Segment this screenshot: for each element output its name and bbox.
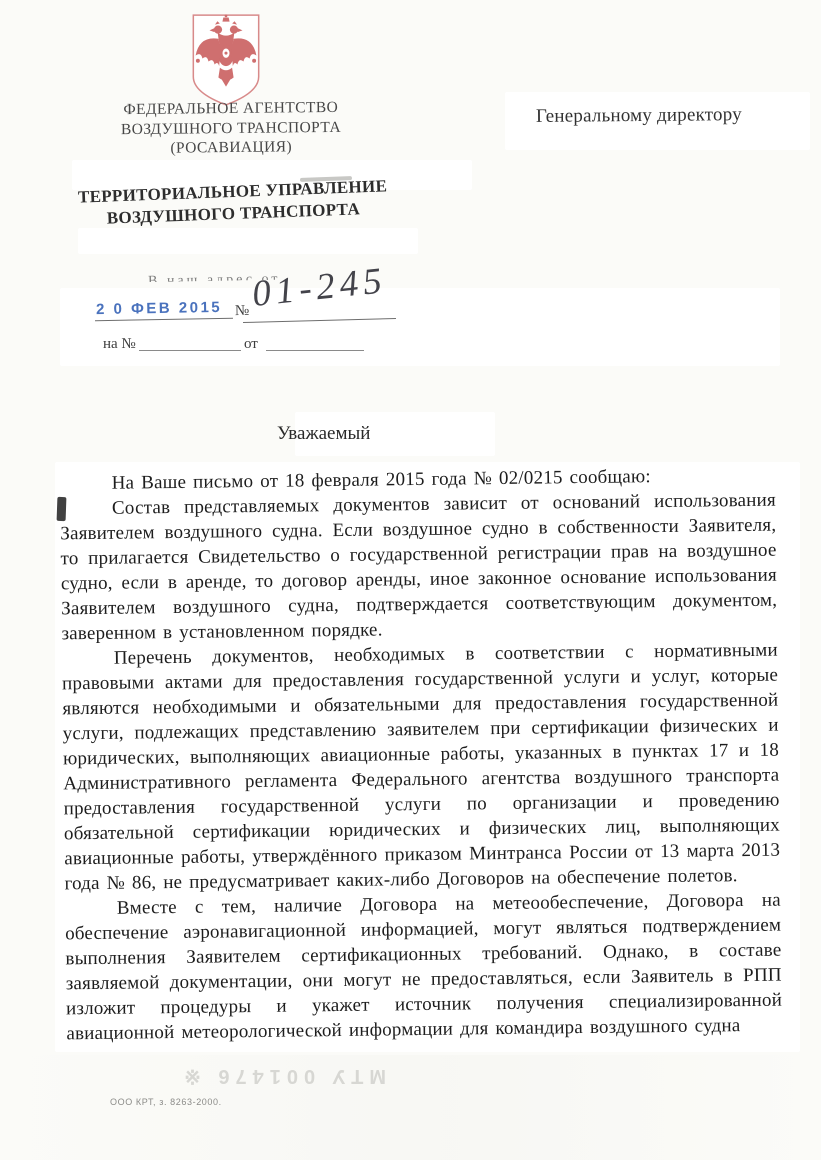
reply-from-underline xyxy=(266,350,364,351)
scan-artifact-mark xyxy=(57,497,67,521)
form-print-code: ООО КРТ, з. 8263-2000. xyxy=(110,1097,222,1107)
agency-name-line: ФЕДЕРАЛЬНОЕ АГЕНТСТВО xyxy=(86,97,376,120)
agency-name-line: ВОЗДУШНОГО ТРАНСПОРТА xyxy=(86,117,376,140)
bleed-through-stamp: МТУ 001476 ※ xyxy=(136,1064,386,1089)
scanned-letter-page: ФЕДЕРАЛЬНОЕ АГЕНТСТВО ВОЗДУШНОГО ТРАНСПО… xyxy=(0,0,821,1160)
agency-name-line: (РОСАВИАЦИЯ) xyxy=(86,136,376,159)
reply-number-label: на № xyxy=(103,336,136,353)
reply-number-underline xyxy=(139,350,241,351)
reply-from-label: от xyxy=(244,336,258,353)
body-paragraph: Состав представляемых документов зависит… xyxy=(60,488,778,647)
body-paragraph: Вместе с тем, наличие Договора на метеоо… xyxy=(65,888,783,1047)
coat-of-arms-eagle-icon xyxy=(188,12,264,108)
recipient-line: Генеральному директору xyxy=(536,104,742,128)
body-paragraph: Перечень документов, необходимых в соотв… xyxy=(62,638,781,897)
letter-body: На Ваше письмо от 18 февраля 2015 года №… xyxy=(60,463,783,1047)
date-stamp: 2 0 ФЕВ 2015 xyxy=(96,299,222,318)
scan-patch xyxy=(78,228,418,254)
scan-shading xyxy=(0,1055,821,1160)
number-sign-label: № xyxy=(235,303,250,320)
agency-name: ФЕДЕРАЛЬНОЕ АГЕНТСТВО ВОЗДУШНОГО ТРАНСПО… xyxy=(86,97,377,159)
salutation: Уважаемый xyxy=(277,423,370,445)
